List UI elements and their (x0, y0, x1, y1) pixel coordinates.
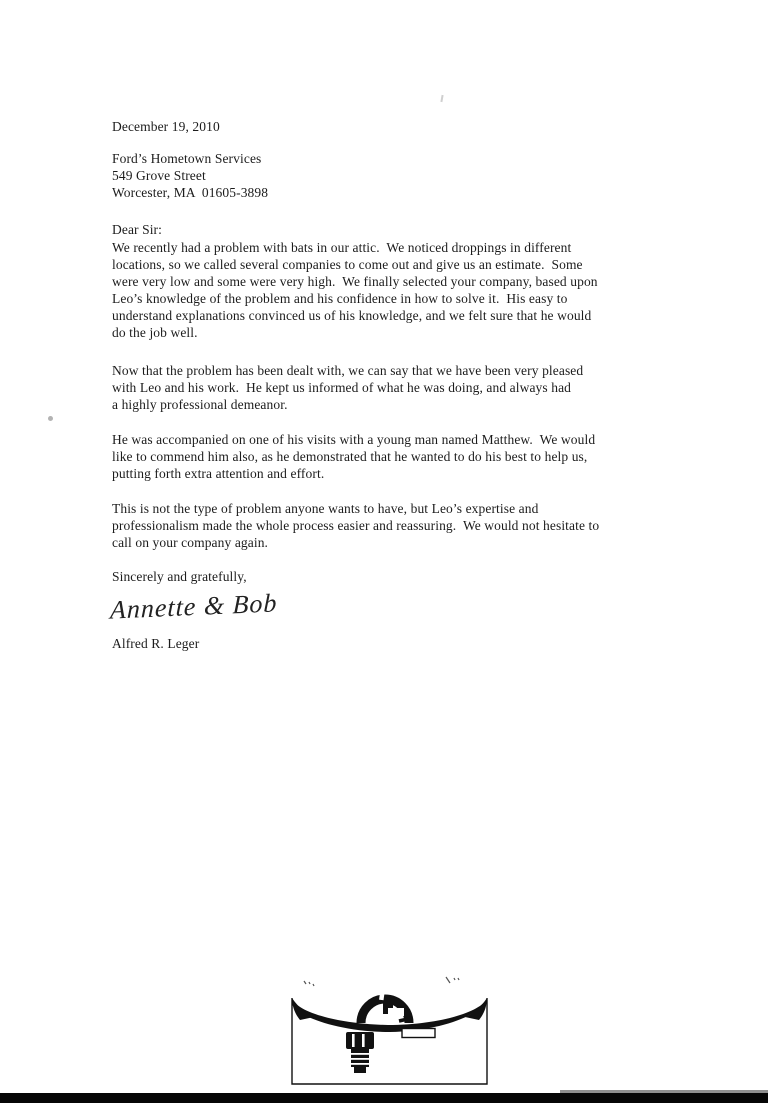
stamp-dome-gap (396, 1008, 404, 1016)
scanned-stamp-graphic-icon (280, 972, 500, 1102)
stamp-clamp-slit-2 (362, 1034, 365, 1047)
scan-edge-bar (0, 1093, 768, 1103)
body-paragraph-2: Now that the problem has been dealt with… (112, 362, 583, 413)
letter-date: December 19, 2010 (112, 118, 220, 135)
body-paragraph-3: He was accompanied on one of his visits … (112, 431, 595, 482)
scan-speck (48, 416, 53, 421)
stamp-box-outline (292, 998, 487, 1084)
typed-signer-name: Alfred R. Leger (112, 635, 199, 652)
salutation: Dear Sir: (112, 221, 162, 238)
recipient-name: Ford’s Hometown Services (112, 151, 261, 166)
closing-line: Sincerely and gratefully, (112, 568, 247, 585)
stamp-screw-tip (354, 1067, 366, 1073)
scanned-letter-page: December 19, 2010 Ford’s Hometown Servic… (0, 0, 768, 1103)
stamp-screw-ridge-3 (351, 1063, 369, 1065)
stamp-clamp-slit-1 (352, 1034, 355, 1047)
stamp-step-notch (402, 1029, 435, 1038)
recipient-address: Ford’s Hometown Services 549 Grove Stree… (112, 150, 268, 201)
recipient-city-line: Worcester, MA 01605-3898 (112, 185, 268, 200)
scan-speck (440, 95, 443, 102)
stamp-screw-ridge-1 (351, 1053, 369, 1055)
stamp-screw-ridge-2 (351, 1058, 369, 1060)
stamp-dome-hook (383, 1003, 393, 1014)
handwritten-signature: Annette & Bob (110, 588, 278, 625)
scan-mark-right (446, 977, 459, 983)
body-paragraph-4: This is not the type of problem anyone w… (112, 500, 599, 551)
body-paragraph-1: We recently had a problem with bats in o… (112, 239, 598, 341)
scan-mark-left (304, 981, 314, 986)
stamp-clamp (346, 1032, 374, 1049)
recipient-street: 549 Grove Street (112, 168, 206, 183)
